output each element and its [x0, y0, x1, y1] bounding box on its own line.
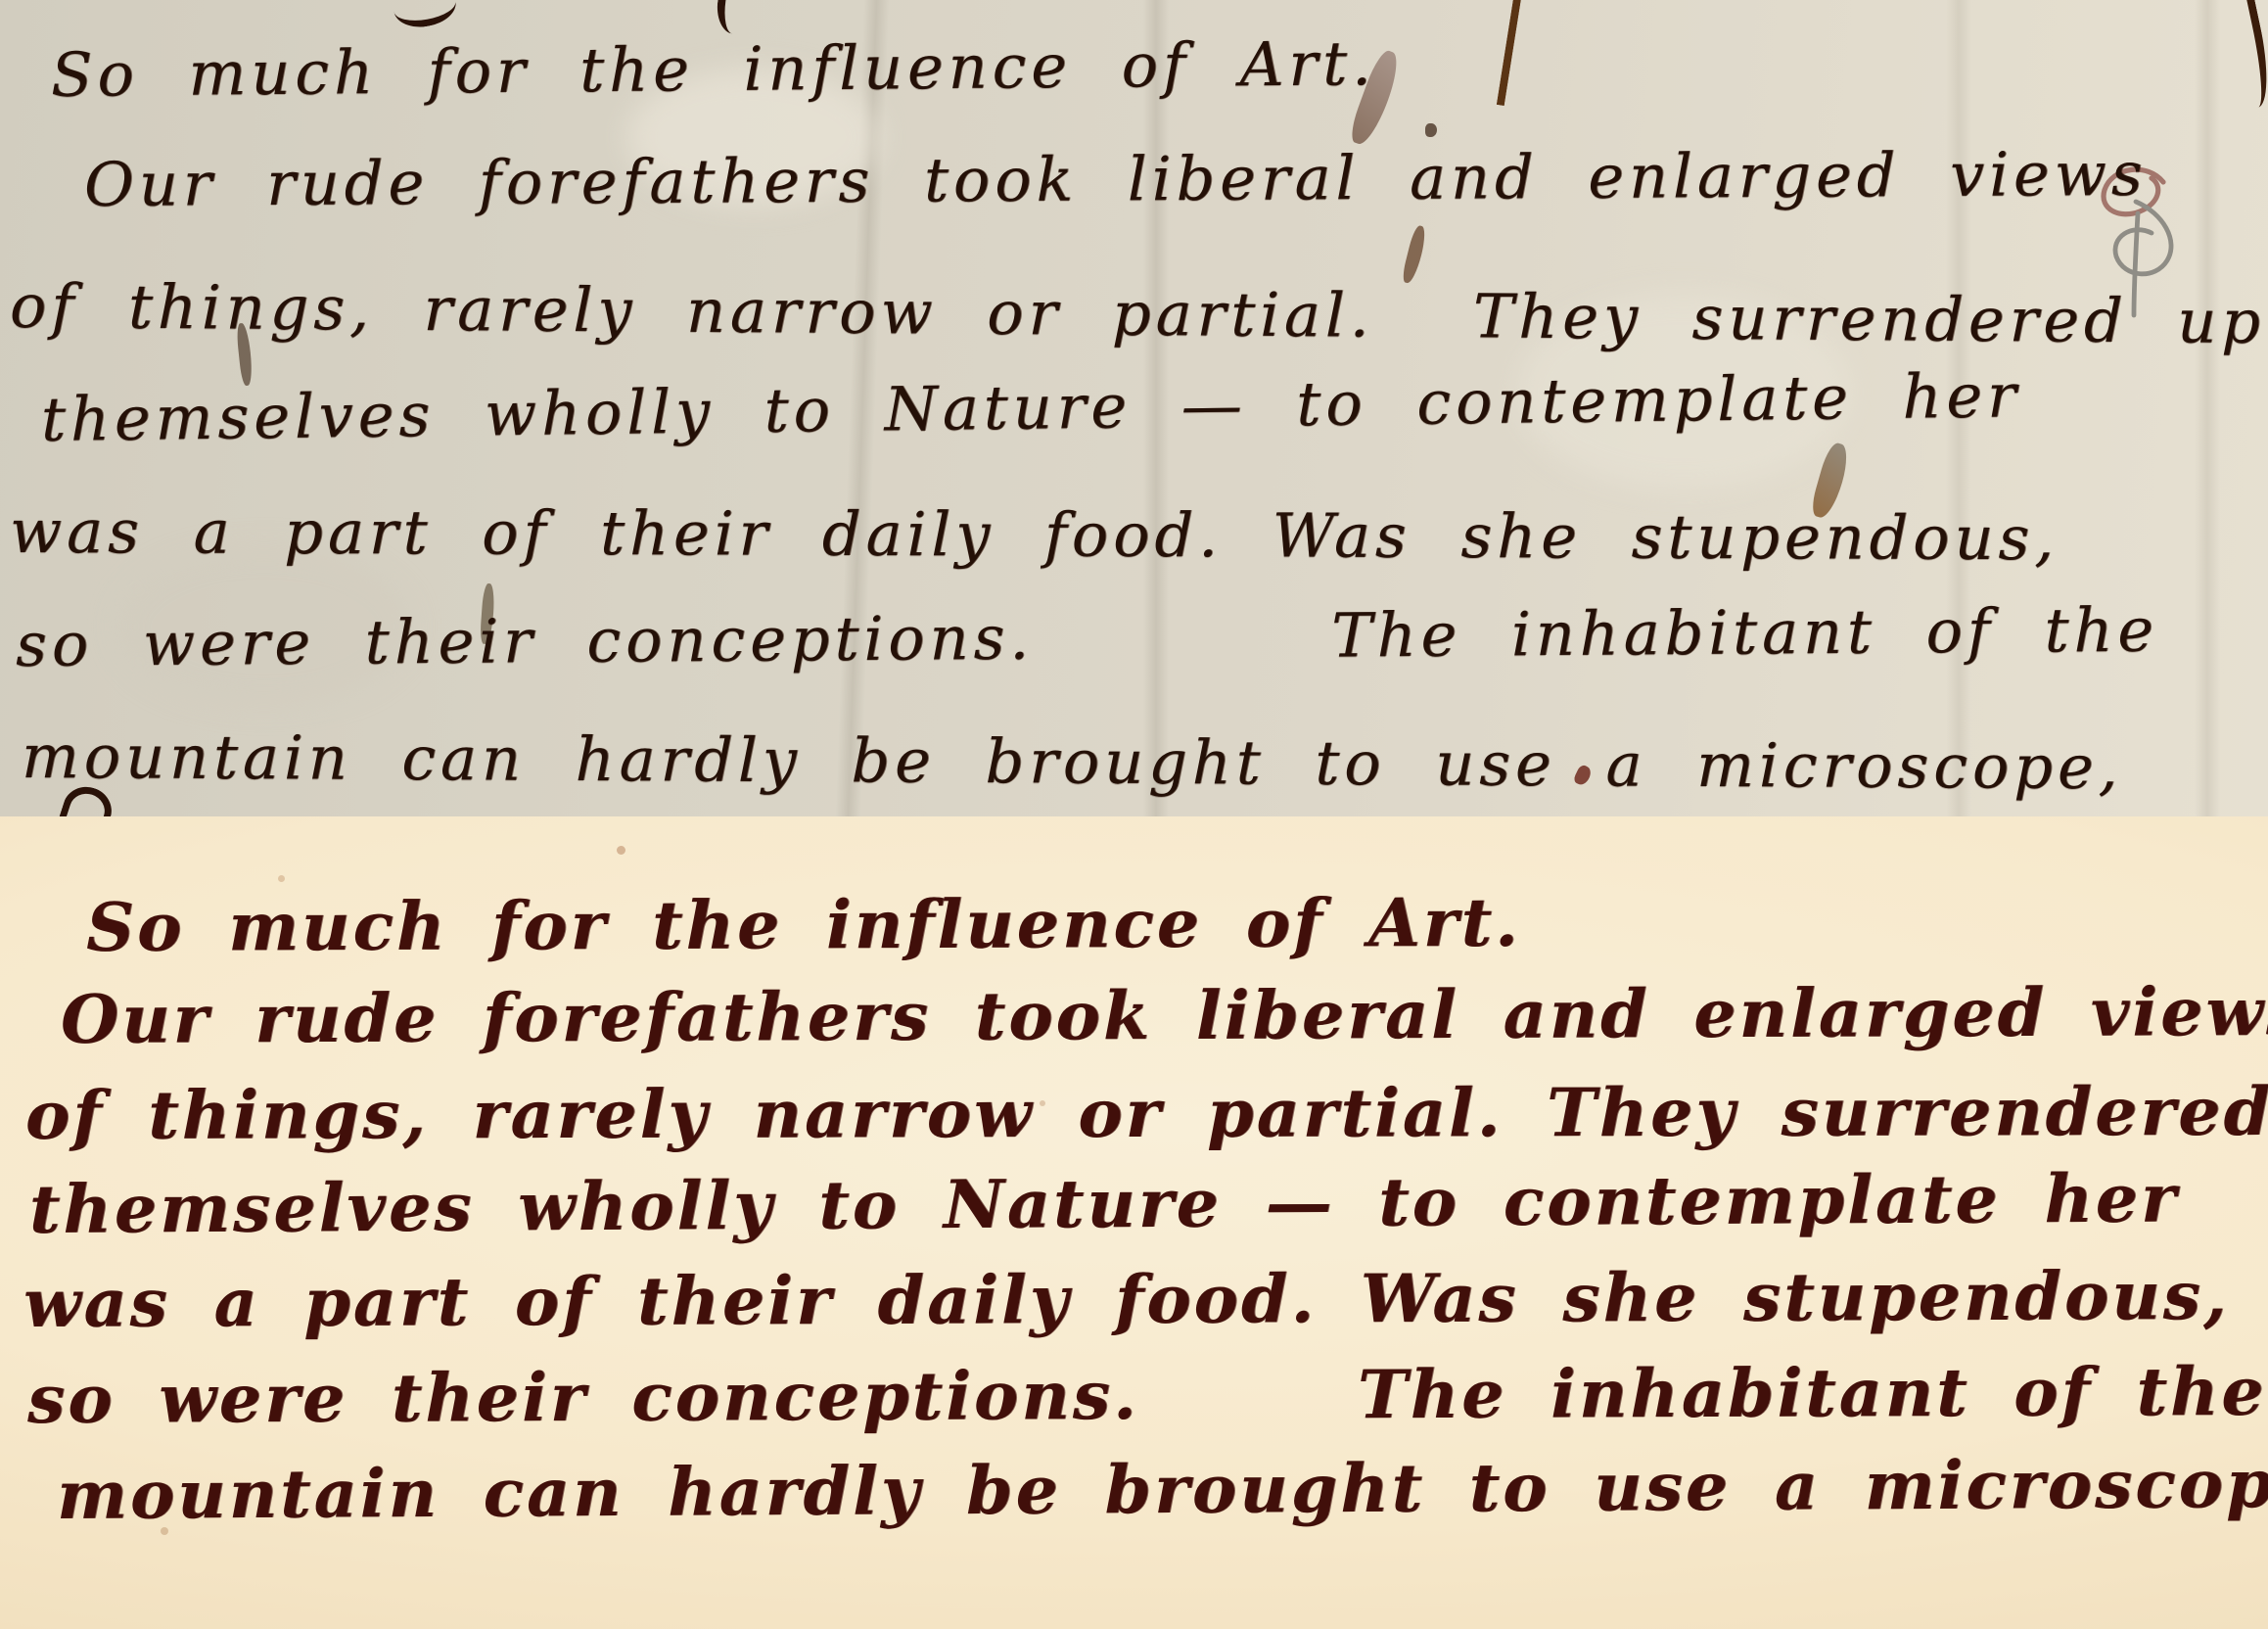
ink-stain [1401, 224, 1428, 285]
scan-line-7: mountain can hardly be brought to use a … [22, 726, 2123, 798]
transcription-line-7: mountain can hardly be brought to use a … [57, 1451, 2268, 1529]
paper-crease [2195, 0, 2220, 816]
transcription-line-5: was a part of their daily food. Was she … [23, 1263, 2230, 1337]
transcription-panel: So much for the influence of Art. Our ru… [0, 816, 2268, 1629]
transcription-line-4: themselves wholly to Nature — to contemp… [29, 1166, 2179, 1243]
transcription-line-3: of things, rarely narrow or partial. The… [25, 1079, 2268, 1149]
cut-off-stroke [714, 0, 747, 35]
paper-speck [617, 846, 625, 855]
cut-off-stroke [391, 0, 459, 31]
cut-off-stroke [1497, 0, 1544, 110]
manuscript-page: So much for the influence of Art. Our ru… [0, 0, 2268, 1629]
scan-line-6: so were their conceptions. The inhabitan… [16, 600, 2158, 675]
paper-speck [278, 875, 285, 882]
ink-stain [1425, 123, 1437, 137]
transcription-line-2: Our rude forefathers took liberal and en… [61, 979, 2268, 1053]
transcription-line-6: so were their conceptions. The inhabitan… [27, 1359, 2267, 1433]
scan-line-2: Our rude forefathers took liberal and en… [84, 144, 2148, 215]
original-scan-panel: So much for the influence of Art. Our ru… [0, 0, 2268, 816]
scan-line-1: So much for the influence of Art. [51, 33, 1376, 106]
scan-line-3: of things, rarely narrow or partial. The… [10, 276, 2265, 352]
transcription-line-1: So much for the influence of Art. [86, 890, 1521, 961]
scan-line-5: was a part of their daily food. Was she … [10, 501, 2059, 569]
cut-off-stroke [2226, 0, 2268, 110]
